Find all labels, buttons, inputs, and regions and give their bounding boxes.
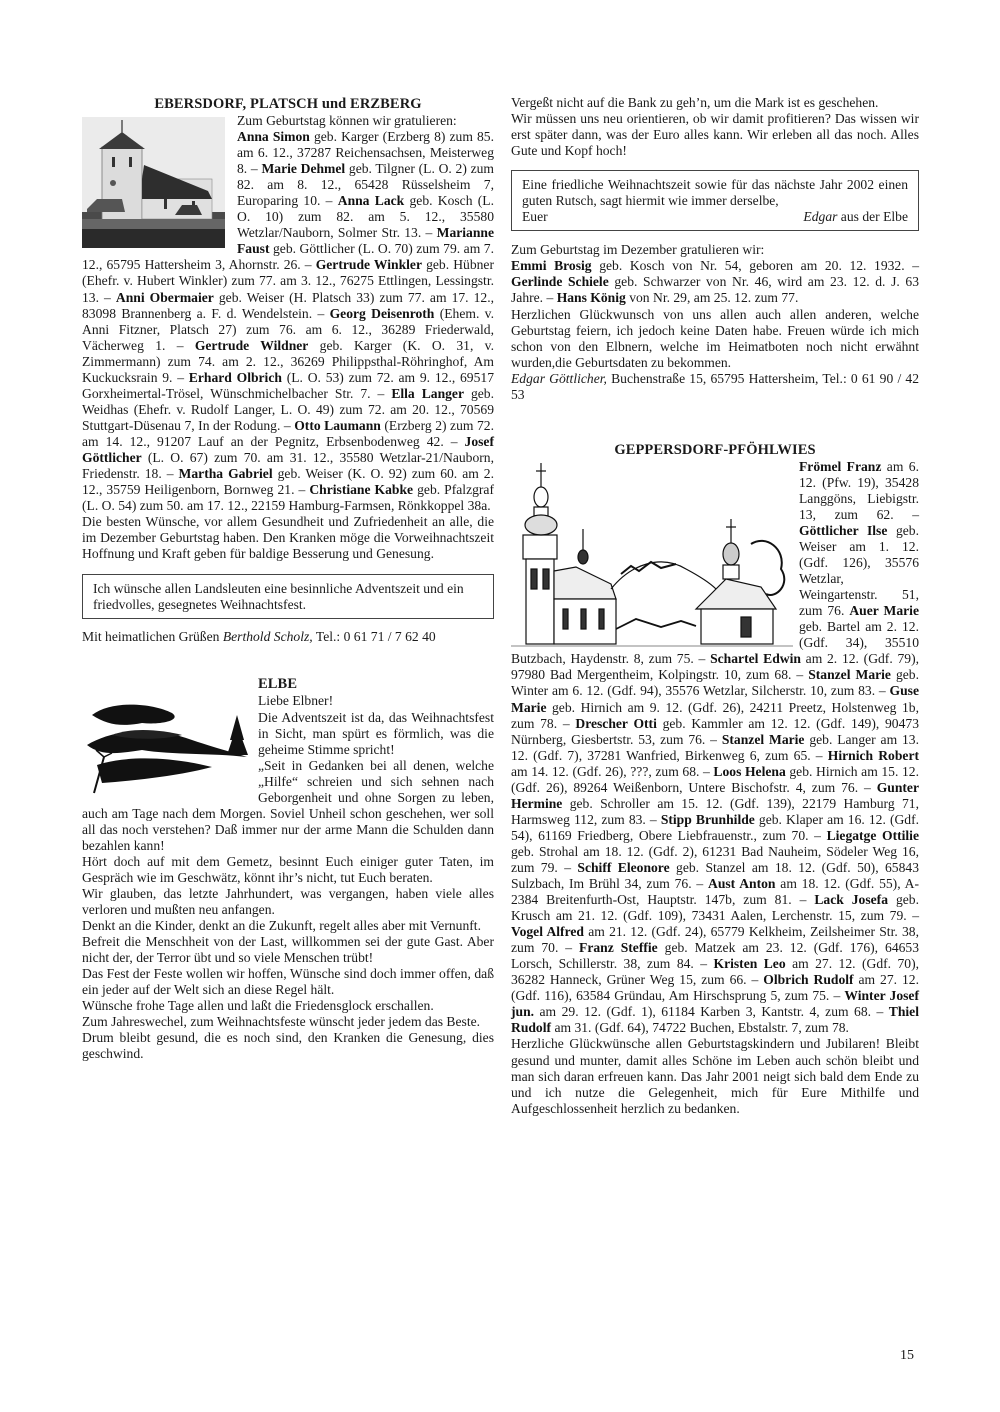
elbe-paragraph: Wir müssen uns neu orientieren, ob wir d… (511, 111, 919, 159)
author-name: Edgar Göttlicher, (511, 371, 607, 386)
contact-edgar: Edgar Göttlicher, Buchenstraße 15, 65795… (511, 371, 919, 403)
birthday-name: Ella Langer (391, 386, 464, 401)
church-village-drawing (511, 459, 793, 649)
birthday-name: Hans König (557, 290, 626, 305)
elbe-paragraph: Das Fest der Feste wollen wir hoffen, Wü… (82, 966, 494, 998)
landscape-drawing (82, 695, 250, 795)
page-number: 15 (900, 1348, 914, 1364)
elbe-paragraph: Wir glauben, das letzte Jahrhundert, was… (82, 886, 494, 918)
section-title-ebersdorf: EBERSDORF, PLATSCH und ERZBERG (82, 95, 494, 113)
birthday-name: Schiff Eleonore (577, 860, 669, 875)
birthday-name: Anna Simon (237, 129, 310, 144)
birthday-name: Schartel Edwin (710, 651, 801, 666)
birthday-name: Olbrich Rudolf (763, 972, 853, 987)
elbe-paragraph: Drum bleibt gesund, die es noch sind, de… (82, 1030, 494, 1062)
geppersdorf-closing: Herzliche Glückwünsche allen Geburtstags… (511, 1036, 919, 1116)
birthday-name: Auer Marie (849, 603, 919, 618)
birthday-name: Loos Helena (713, 764, 785, 779)
birthday-name: Gerlinde Schiele (511, 274, 609, 289)
greeting-box-scholz: Ich wünsche allen Landsleuten eine besin… (82, 574, 494, 619)
elbe-paragraph: Befreit die Menschheit von der Last, wil… (82, 934, 494, 966)
birthday-name: Frömel Franz (799, 459, 881, 474)
elbe-birthday-list: Emmi Brosig geb. Kosch von Nr. 54, gebor… (511, 258, 919, 306)
ebersdorf-closing: Die besten Wünsche, vor allem Gesundheit… (82, 514, 494, 562)
church-photo (82, 117, 225, 248)
elbe-paragraph: Zum Jahreswechel, zum Weihnachtsfeste wü… (82, 1014, 494, 1030)
birthday-name: Erhard Olbrich (189, 370, 282, 385)
birthday-name: Marie Dehmel (261, 161, 345, 176)
elbe-birthday-intro: Zum Geburtstag im Dezember gratulieren w… (511, 242, 919, 258)
elbe-paragraph: Denkt an die Kinder, denkt an die Zukunf… (82, 918, 494, 934)
birthday-name: Aust Anton (708, 876, 776, 891)
birthday-name: Martha Gabriel (179, 466, 273, 481)
author-name: Berthold Scholz, (223, 629, 313, 644)
section-title-elbe: ELBE (82, 675, 494, 693)
birthday-name: Göttlicher Ilse (799, 523, 887, 538)
birthday-name: Georg Deisenroth (330, 306, 435, 321)
right-column: Vergeßt nicht auf die Bank zu geh’n, um … (511, 95, 919, 1117)
birthday-name: Franz Steffie (579, 940, 658, 955)
birthday-name: Stanzel Marie (808, 667, 891, 682)
birthday-name: Hirnich Robert (828, 748, 919, 763)
birthday-name: Otto Laumann (294, 418, 381, 433)
birthday-name: Stipp Brunhilde (661, 812, 755, 827)
left-column: EBERSDORF, PLATSCH und ERZBERG Zum Gebur… (82, 95, 494, 1063)
greeting-box-text: Eine friedliche Weihnachtszeit sowie für… (522, 177, 908, 209)
birthday-name: Gertrude Winkler (316, 257, 422, 272)
birthday-name: Kristen Leo (714, 956, 786, 971)
birthday-name: Gertrude Wildner (195, 338, 309, 353)
greeting-box-signature: Euer Edgar aus der Elbe (522, 209, 908, 225)
elbe-paragraph: Hört doch auf mit dem Gemetz, besinnt Eu… (82, 854, 494, 886)
birthday-name: Christiane Kabke (309, 482, 413, 497)
section-title-geppersdorf: GEPPERSDORF-PFÖHLWIES (511, 441, 919, 459)
birthday-name: Anni Obermaier (116, 290, 214, 305)
greeting-box-edgar: Eine friedliche Weihnachtszeit sowie für… (511, 170, 919, 231)
elbe-paragraph: Vergeßt nicht auf die Bank zu geh’n, um … (511, 95, 919, 111)
elbe-paragraph: Wünsche frohe Tage allen und laßt die Fr… (82, 998, 494, 1014)
greeting-box-text: Ich wünsche allen Landsleuten eine besin… (93, 581, 483, 613)
birthday-name: Lack Josefa (814, 892, 888, 907)
signoff-scholz: Mit heimatlichen Grüßen Berthold Scholz,… (82, 629, 494, 645)
elbe-closing: Herzlichen Glückwunsch von uns allen auc… (511, 307, 919, 371)
birthday-name: Stanzel Marie (722, 732, 805, 747)
birthday-name: Liegatge Ottilie (827, 828, 919, 843)
birthday-name: Drescher Otti (575, 716, 656, 731)
birthday-name: Vogel Alfred (511, 924, 584, 939)
birthday-name: Emmi Brosig (511, 258, 592, 273)
birthday-name: Anna Lack (338, 193, 404, 208)
author-name: Edgar (803, 209, 837, 224)
